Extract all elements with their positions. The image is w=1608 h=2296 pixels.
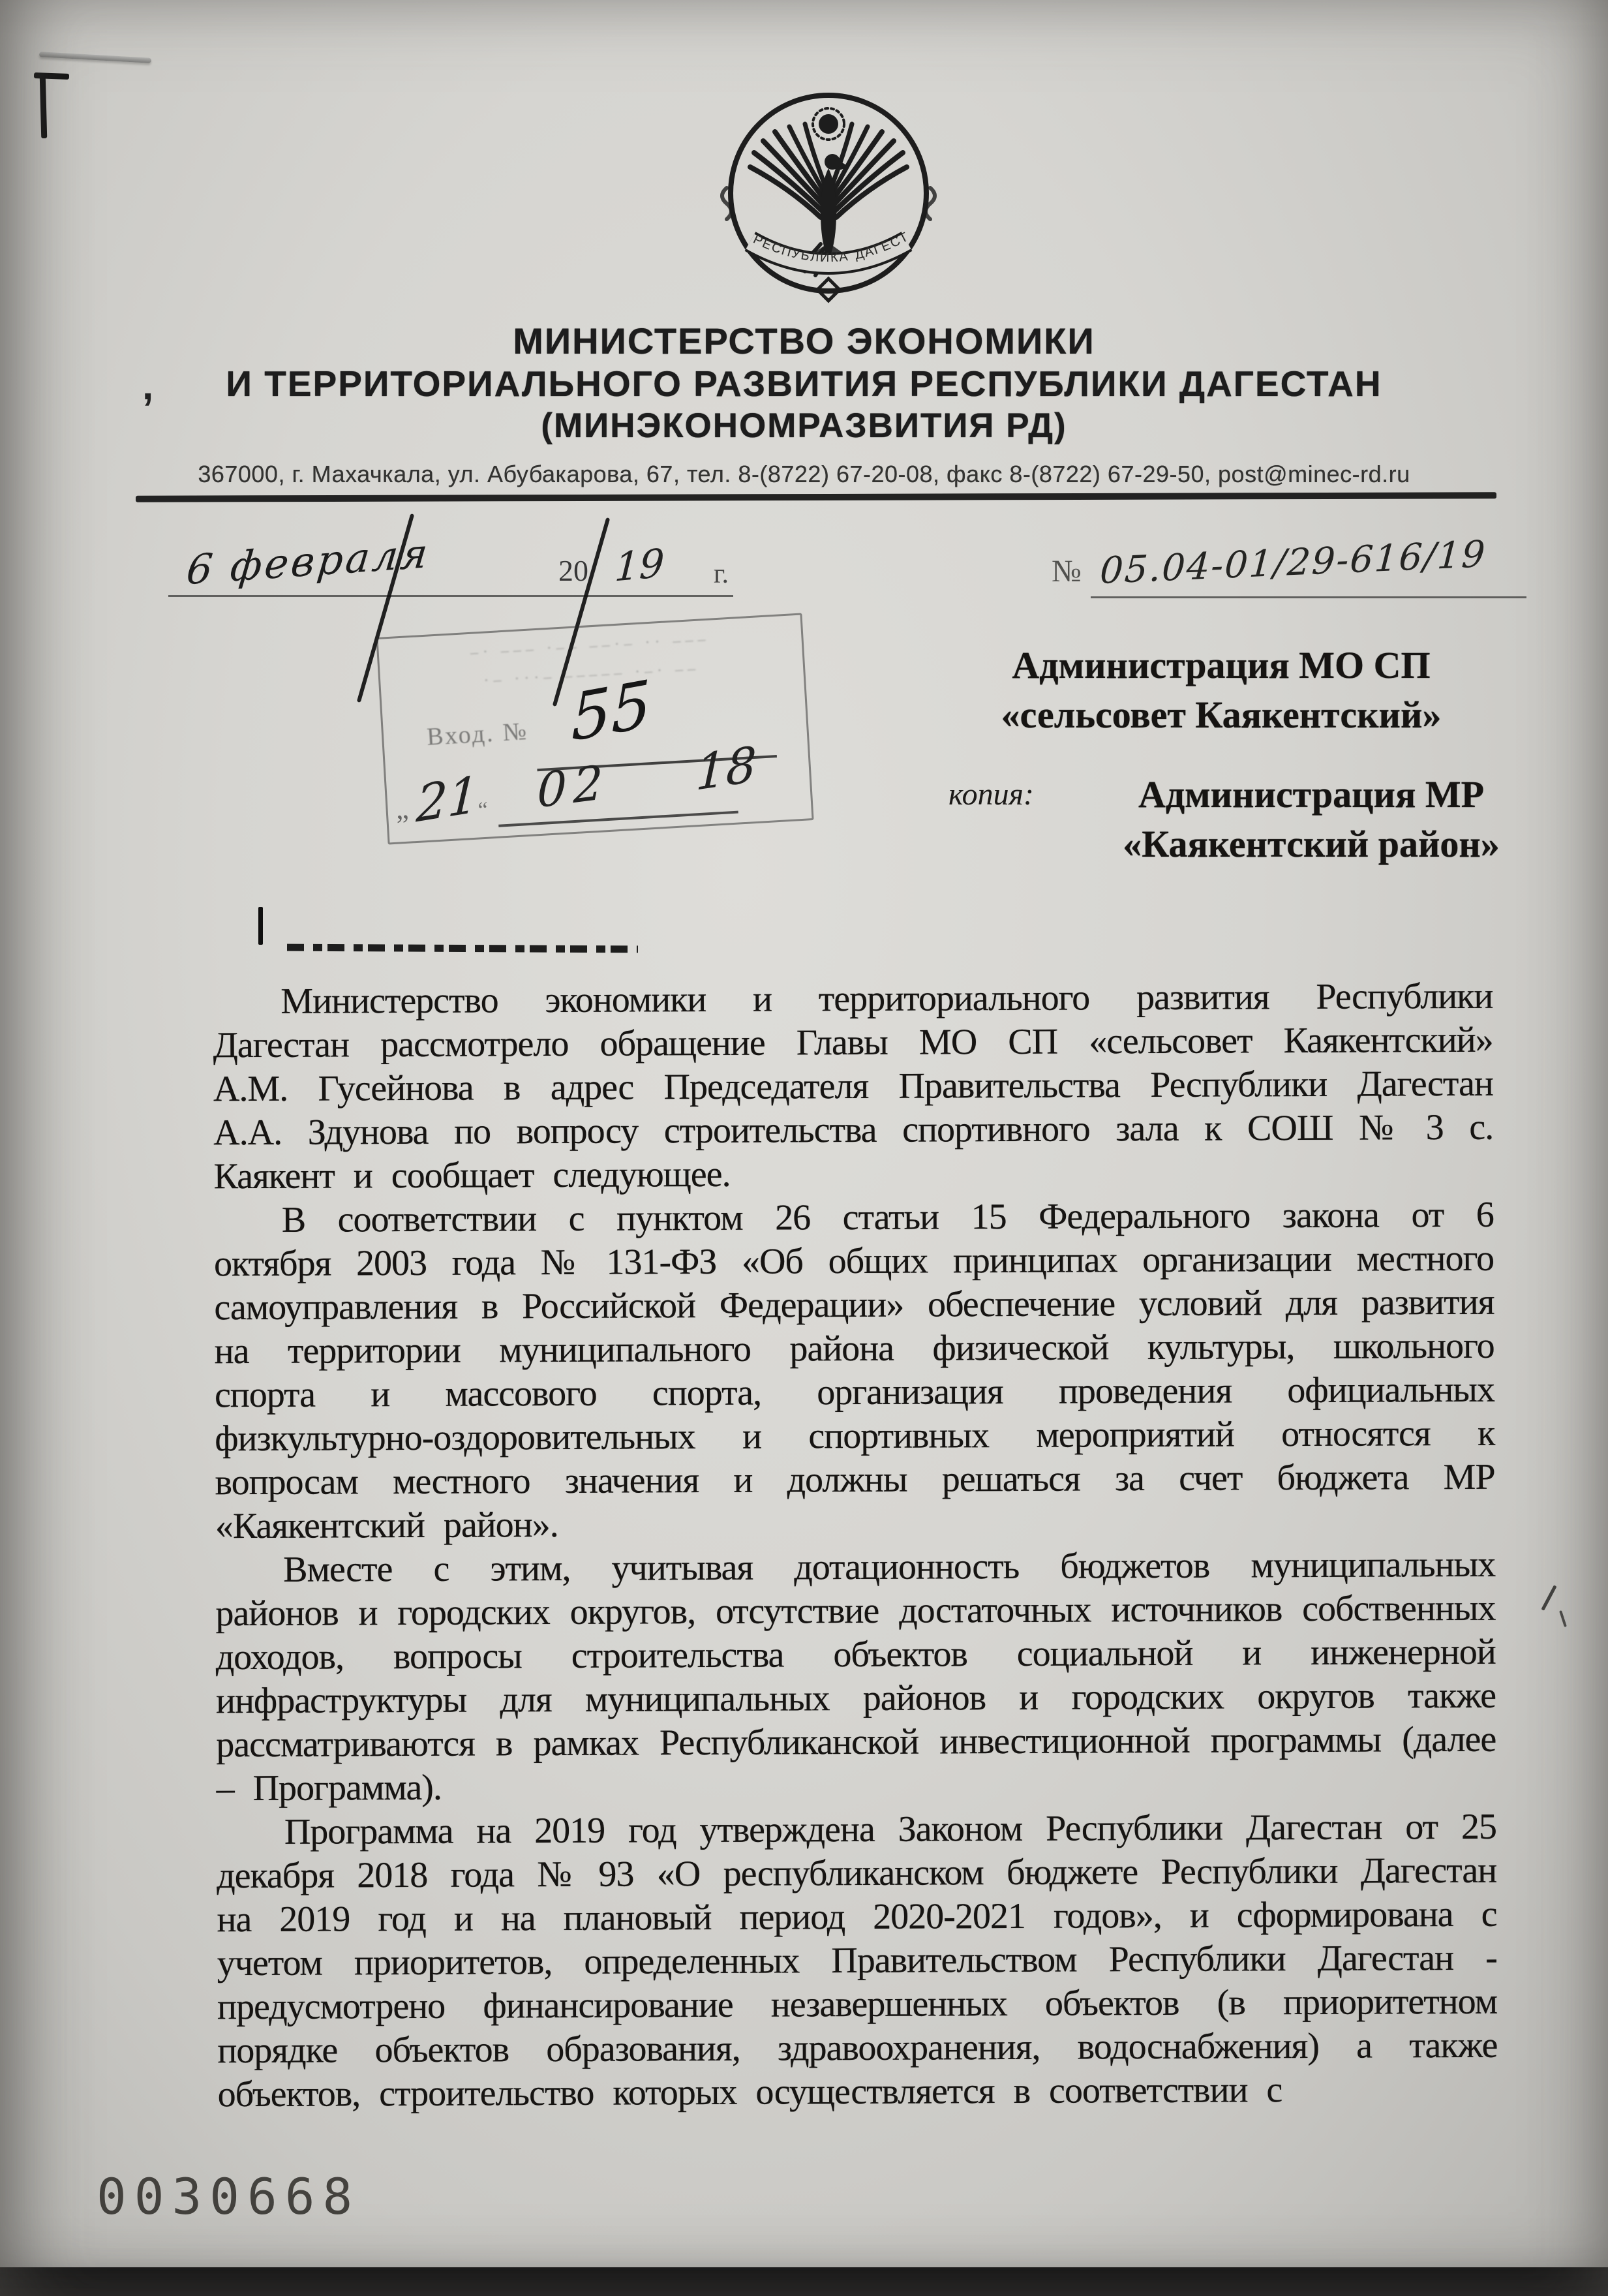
scan-edge-bar xyxy=(0,2267,1608,2296)
number-sign-label: № xyxy=(1052,553,1082,589)
copy-label: копия: xyxy=(912,770,1092,869)
stamp-handwritten-day: 21 xyxy=(415,764,480,834)
recipient-line2: «сельсовет Каякентский» xyxy=(912,690,1530,740)
header-divider-rule xyxy=(136,492,1496,502)
copy-recipient-line2: «Каякентский район» xyxy=(1092,819,1530,869)
redacted-dashed-strip xyxy=(287,944,638,953)
printed-year-prefix: 20 xyxy=(558,553,588,588)
stamp-quote-close: “ xyxy=(478,798,489,823)
letter-body: Министерство экономики и территориальног… xyxy=(213,975,1498,2117)
ministry-address-line: 367000, г. Махачкала, ул. Абубакарова, 6… xyxy=(0,461,1608,488)
stamp-quote-open: „ xyxy=(395,792,409,826)
number-underline xyxy=(1091,596,1526,598)
pen-corner-mark-vertical xyxy=(40,76,48,138)
recipient-block: Администрация МО СП «сельсовет Каякентск… xyxy=(912,641,1530,869)
margin-pen-scribble xyxy=(1559,1610,1567,1627)
ink-comma-mark: , xyxy=(142,363,153,409)
stamp-handwritten-number: 55 xyxy=(571,666,651,756)
stamp-handwritten-year: 18 xyxy=(695,736,757,802)
margin-pen-scribble xyxy=(1541,1585,1556,1610)
copy-recipient-line1: Администрация МР xyxy=(1092,770,1530,819)
body-paragraph: Министерство экономики и территориальног… xyxy=(213,975,1493,1199)
outgoing-number-field: № 05.04-01/29-616/19 xyxy=(1052,544,1547,603)
handwritten-outgoing-number: 05.04-01/29-616/19 xyxy=(1099,533,1487,592)
staple-mark xyxy=(39,52,151,63)
date-field: 6 февраля 20 19 г. xyxy=(168,543,755,602)
date-underline xyxy=(168,595,733,597)
body-paragraph: Программа на 2019 год утверждена Законом… xyxy=(217,1805,1498,2117)
ministry-name-line1: МИНИСТЕРСТВО ЭКОНОМИКИ xyxy=(0,320,1608,362)
stamp-incoming-number-label: Вход. № xyxy=(426,717,529,752)
year-suffix: г. xyxy=(714,559,729,590)
stamp-handwritten-month: 02 xyxy=(537,754,610,819)
pen-tick-mark xyxy=(258,907,263,945)
scanned-letter-page: РЕСПУБЛИКА ДАГЕСТАН МИНИСТЕРСТВО ЭКОНОМИ… xyxy=(0,0,1608,2296)
handwritten-date: 6 февраля xyxy=(185,529,432,594)
ministry-name-line3: (МИНЭКОНОМРАЗВИТИЯ РД) xyxy=(0,406,1608,446)
recipient-line1: Администрация МО СП xyxy=(912,641,1530,690)
incoming-registration-stamp: –· ––– ·–– ––·– ·· ––– ·– ···– ––––– ·–·… xyxy=(376,613,813,844)
copy-recipient: Администрация МР «Каякентский район» xyxy=(1092,770,1530,869)
ministry-name-line2: И ТЕРРИТОРИАЛЬНОГО РАЗВИТИЯ РЕСПУБЛИКИ Д… xyxy=(0,363,1608,405)
handwritten-year: 19 xyxy=(613,540,665,590)
copy-recipient-row: копия: Администрация МР «Каякентский рай… xyxy=(912,770,1530,869)
dagestan-coat-of-arms-icon: РЕСПУБЛИКА ДАГЕСТАН xyxy=(710,89,947,305)
blank-serial-number: 0030668 xyxy=(97,2167,360,2226)
body-paragraph: Вместе с этим, учитывая дотационность бю… xyxy=(215,1543,1496,1811)
body-paragraph: В соответствии с пунктом 26 статьи 15 Фе… xyxy=(214,1193,1495,1549)
stamp-underline xyxy=(498,811,738,827)
